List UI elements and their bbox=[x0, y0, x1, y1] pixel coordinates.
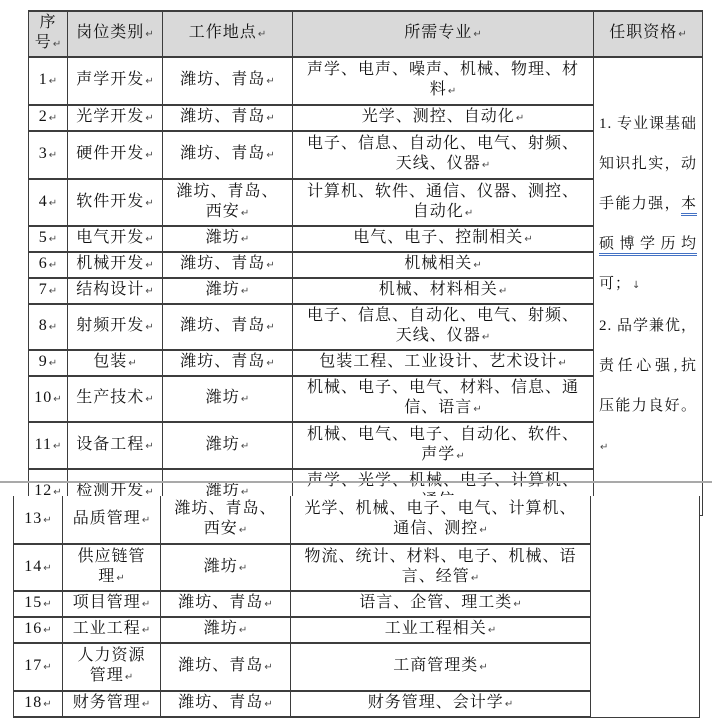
cell-text: 1 bbox=[39, 71, 48, 88]
cell-text: 光学、机械、电子、电气、计算机、通信、测控 bbox=[304, 500, 576, 537]
cell-text: 声学、电声、噪声、机械、物理、材料 bbox=[307, 61, 579, 98]
cell-text: 人力资源管理 bbox=[77, 647, 145, 684]
end-of-cell-mark: ↵ bbox=[239, 525, 247, 536]
end-of-cell-mark: ↵ bbox=[128, 358, 136, 369]
end-of-cell-mark: ↵ bbox=[558, 358, 566, 369]
document-page: 序号↵ 岗位类别↵ 工作地点↵ 所需专业↵ 任职资格↵ 1↵声学开发↵潍坊、青岛… bbox=[0, 0, 712, 719]
end-of-cell-mark: ↵ bbox=[49, 76, 57, 87]
header-serial-number: 序号↵ bbox=[29, 11, 68, 57]
cell-text: 结构设计 bbox=[76, 281, 144, 298]
cell-text: 潍坊 bbox=[206, 229, 240, 246]
end-of-cell-mark: ↵ bbox=[49, 286, 57, 297]
end-of-cell-mark: ↵ bbox=[239, 563, 247, 574]
end-of-cell-mark: ↵ bbox=[499, 286, 507, 297]
work-location-cell: 潍坊、青岛↵ bbox=[161, 691, 291, 717]
end-of-cell-mark: ↵ bbox=[145, 441, 153, 452]
row-number: 3↵ bbox=[29, 131, 68, 179]
position-category-cell: 设备工程↵ bbox=[68, 422, 163, 469]
end-of-cell-mark: ↵ bbox=[524, 234, 532, 245]
row-number: 15↵ bbox=[14, 591, 63, 617]
end-of-cell-mark: ↵ bbox=[471, 573, 479, 584]
cell-text: 7 bbox=[39, 281, 48, 298]
end-of-cell-mark: ↵ bbox=[241, 286, 249, 297]
cell-text: 财务管理 bbox=[73, 694, 141, 711]
required-majors-cell: 机械、材料相关↵ bbox=[293, 278, 594, 304]
position-category-cell: 电气开发↵ bbox=[68, 226, 163, 252]
end-of-cell-mark: ↵ bbox=[505, 699, 513, 710]
cell-text: 潍坊、青岛 bbox=[180, 255, 265, 272]
position-category-cell: 软件开发↵ bbox=[68, 179, 163, 226]
row-number: 9↵ bbox=[29, 350, 68, 376]
end-of-cell-mark: ↵ bbox=[142, 515, 150, 526]
end-of-cell-mark: ↵ bbox=[49, 260, 57, 271]
cell-text: 潍坊、青岛 bbox=[178, 694, 263, 711]
row-number: 1↵ bbox=[29, 57, 68, 105]
cell-text: 生产技术 bbox=[76, 389, 144, 406]
required-majors-cell: 光学、机械、电子、电气、计算机、通信、测控↵ bbox=[291, 496, 591, 544]
end-of-cell-mark: ↵ bbox=[125, 672, 133, 683]
work-location-cell: 潍坊、青岛↵ bbox=[163, 350, 293, 376]
cell-text: 17 bbox=[24, 657, 42, 674]
required-majors-cell: 物流、统计、材料、电子、机械、语言、经管↵ bbox=[291, 544, 591, 591]
row-number: 4↵ bbox=[29, 179, 68, 226]
cell-text: 11 bbox=[35, 436, 52, 453]
header-label: 岗位类别 bbox=[76, 24, 144, 41]
cell-text: 光学、测控、自动化 bbox=[362, 108, 515, 125]
end-of-cell-mark: ↵ bbox=[43, 699, 51, 710]
cell-text: 14 bbox=[24, 558, 42, 575]
end-of-cell-mark: ↵ bbox=[116, 573, 124, 584]
end-of-cell-mark: ↵ bbox=[49, 358, 57, 369]
end-of-cell-mark: ↵ bbox=[482, 332, 490, 343]
positions-table-page-1: 序号↵ 岗位类别↵ 工作地点↵ 所需专业↵ 任职资格↵ 1↵声学开发↵潍坊、青岛… bbox=[28, 10, 703, 516]
end-of-cell-mark: ↵ bbox=[473, 404, 481, 415]
cell-text: 潍坊 bbox=[206, 281, 240, 298]
cell-text: 8 bbox=[39, 317, 48, 334]
end-of-cell-mark: ↵ bbox=[43, 599, 51, 610]
row-number: 13↵ bbox=[14, 496, 63, 544]
cell-text: 声学开发 bbox=[76, 71, 144, 88]
end-of-cell-mark: ↵ bbox=[142, 699, 150, 710]
work-location-cell: 潍坊、青岛↵ bbox=[163, 252, 293, 278]
work-location-cell: 潍坊、青岛↵ bbox=[163, 105, 293, 131]
work-location-cell: 潍坊、青岛、西安↵ bbox=[163, 179, 293, 226]
cell-text: 潍坊、青岛 bbox=[180, 145, 265, 162]
end-of-cell-mark: ↵ bbox=[266, 113, 274, 124]
cell-text: 电气开发 bbox=[76, 229, 144, 246]
cell-text: 13 bbox=[24, 510, 42, 527]
header-qualifications: 任职资格↵ bbox=[594, 11, 703, 57]
qualification-item-1: 1. 专业课基础知识扎实，动手能力强，本硕博学历均可；↓ bbox=[599, 104, 697, 306]
cell-text: 工业工程相关 bbox=[385, 620, 487, 637]
required-majors-cell: 包装工程、工业设计、艺术设计↵ bbox=[293, 350, 594, 376]
end-of-cell-mark: ↵ bbox=[266, 76, 274, 87]
cell-text: 潍坊、青岛 bbox=[178, 594, 263, 611]
end-of-cell-mark: ↵ bbox=[266, 260, 274, 271]
end-of-cell-mark: ↵ bbox=[142, 599, 150, 610]
cell-text: 机械相关 bbox=[404, 255, 472, 272]
header-label: 工作地点 bbox=[189, 24, 257, 41]
header-label: 所需专业 bbox=[404, 24, 472, 41]
end-of-cell-mark: ↵ bbox=[145, 322, 153, 333]
required-majors-cell: 光学、测控、自动化↵ bbox=[293, 105, 594, 131]
end-of-cell-mark: ↵ bbox=[266, 150, 274, 161]
end-of-cell-mark: ↵ bbox=[266, 322, 274, 333]
positions-table-page-2: 13↵品质管理↵潍坊、青岛、西安↵光学、机械、电子、电气、计算机、通信、测控↵ … bbox=[13, 496, 700, 718]
end-of-cell-mark: ↵ bbox=[516, 113, 524, 124]
end-of-cell-mark: ↵ bbox=[43, 662, 51, 673]
cell-text: 4 bbox=[39, 193, 48, 210]
cell-text: 5 bbox=[39, 229, 48, 246]
cell-text: 潍坊、青岛 bbox=[180, 108, 265, 125]
position-category-cell: 项目管理↵ bbox=[63, 591, 161, 617]
position-category-cell: 人力资源管理↵ bbox=[63, 643, 161, 691]
required-majors-cell: 电子、信息、自动化、电气、射频、天线、仪器↵ bbox=[293, 131, 594, 179]
cell-text: 潍坊 bbox=[204, 620, 238, 637]
cell-text: 设备工程 bbox=[76, 436, 144, 453]
end-of-cell-mark: ↵ bbox=[49, 113, 57, 124]
cell-text: 软件开发 bbox=[76, 193, 144, 210]
row-number: 17↵ bbox=[14, 643, 63, 691]
required-majors-cell: 声学、电声、噪声、机械、物理、材料↵ bbox=[293, 57, 594, 105]
required-majors-cell: 机械、电气、电子、自动化、软件、声学↵ bbox=[293, 422, 594, 469]
cell-text: 电子、信息、自动化、电气、射频、天线、仪器 bbox=[307, 135, 579, 172]
work-location-cell: 潍坊↵ bbox=[163, 376, 293, 422]
cell-text: 9 bbox=[39, 353, 48, 370]
cell-text: 16 bbox=[24, 620, 42, 637]
cell-text: 包装工程、工业设计、艺术设计 bbox=[319, 353, 557, 370]
cell-text: 潍坊、青岛、西安 bbox=[174, 500, 276, 537]
position-category-cell: 品质管理↵ bbox=[63, 496, 161, 544]
cell-text: 电子、信息、自动化、电气、射频、天线、仪器 bbox=[307, 307, 579, 344]
end-of-cell-mark: ↵ bbox=[473, 29, 481, 40]
cell-text: 射频开发 bbox=[76, 317, 144, 334]
row-number: 14↵ bbox=[14, 544, 63, 591]
end-of-cell-mark: ↵ bbox=[145, 394, 153, 405]
row-number: 18↵ bbox=[14, 691, 63, 717]
end-of-cell-mark: ↵ bbox=[53, 39, 61, 50]
end-of-cell-mark: ↵ bbox=[264, 599, 272, 610]
end-of-cell-mark: ↵ bbox=[145, 286, 153, 297]
work-location-cell: 潍坊↵ bbox=[161, 544, 291, 591]
header-row: 序号↵ 岗位类别↵ 工作地点↵ 所需专业↵ 任职资格↵ bbox=[29, 11, 703, 57]
cell-text: 计算机、软件、通信、仪器、测控、自动化 bbox=[307, 183, 579, 220]
work-location-cell: 潍坊、青岛↵ bbox=[161, 643, 291, 691]
cell-text: 机械、材料相关 bbox=[379, 281, 498, 298]
qualification-text: 可； bbox=[599, 276, 631, 292]
row-number: 2↵ bbox=[29, 105, 68, 131]
cell-text: 2 bbox=[39, 108, 48, 125]
work-location-cell: 潍坊↵ bbox=[163, 422, 293, 469]
row-number: 16↵ bbox=[14, 617, 63, 643]
end-of-cell-mark: ↵ bbox=[145, 198, 153, 209]
end-of-cell-mark: ↵ bbox=[241, 208, 249, 219]
row-number: 6↵ bbox=[29, 252, 68, 278]
end-of-cell-mark: ↵ bbox=[241, 441, 249, 452]
work-location-cell: 潍坊、青岛↵ bbox=[163, 304, 293, 350]
required-majors-cell: 工商管理类↵ bbox=[291, 643, 591, 691]
qualification-cell: 1. 专业课基础知识扎实，动手能力强，本硕博学历均可；↓ 2. 品学兼优，责任心… bbox=[594, 57, 703, 515]
page-separator-line bbox=[0, 481, 712, 483]
end-of-cell-mark: ↵ bbox=[600, 442, 608, 453]
end-of-cell-mark: ↵ bbox=[264, 662, 272, 673]
header-work-location: 工作地点↵ bbox=[163, 11, 293, 57]
cell-text: 潍坊、青岛 bbox=[178, 657, 263, 674]
position-category-cell: 工业工程↵ bbox=[63, 617, 161, 643]
end-of-cell-mark: ↵ bbox=[142, 625, 150, 636]
position-category-cell: 硬件开发↵ bbox=[68, 131, 163, 179]
required-majors-cell: 电子、信息、自动化、电气、射频、天线、仪器↵ bbox=[293, 304, 594, 350]
row-number: 11↵ bbox=[29, 422, 68, 469]
end-of-cell-mark: ↵ bbox=[479, 525, 487, 536]
row-number: 7↵ bbox=[29, 278, 68, 304]
end-of-cell-mark: ↵ bbox=[488, 625, 496, 636]
end-of-cell-mark: ↵ bbox=[473, 260, 481, 271]
cell-text: 潍坊、青岛 bbox=[180, 71, 265, 88]
work-location-cell: 潍坊↵ bbox=[161, 617, 291, 643]
required-majors-cell: 语言、企管、理工类↵ bbox=[291, 591, 591, 617]
end-of-cell-mark: ↵ bbox=[678, 29, 686, 40]
line-break-mark: ↓ bbox=[632, 280, 640, 291]
end-of-cell-mark: ↵ bbox=[465, 208, 473, 219]
required-majors-cell: 机械相关↵ bbox=[293, 252, 594, 278]
end-of-cell-mark: ↵ bbox=[145, 260, 153, 271]
end-of-cell-mark: ↵ bbox=[145, 76, 153, 87]
work-location-cell: 潍坊、青岛↵ bbox=[163, 131, 293, 179]
position-category-cell: 包装↵ bbox=[68, 350, 163, 376]
header-label: 任职资格 bbox=[609, 24, 677, 41]
cell-text: 潍坊、青岛、西安 bbox=[176, 183, 278, 220]
work-location-cell: 潍坊、青岛↵ bbox=[163, 57, 293, 105]
end-of-cell-mark: ↵ bbox=[145, 234, 153, 245]
cell-text: 包装 bbox=[93, 353, 127, 370]
cell-text: 供应链管理 bbox=[77, 548, 145, 585]
required-majors-cell: 机械、电子、电气、材料、信息、通信、语言↵ bbox=[293, 376, 594, 422]
end-of-cell-mark: ↵ bbox=[53, 441, 61, 452]
qualification-text: 2. 品学兼优，责任心强,抗压能力良好。 bbox=[599, 318, 697, 414]
end-of-cell-mark: ↵ bbox=[264, 699, 272, 710]
cell-text: 潍坊 bbox=[206, 436, 240, 453]
position-category-cell: 结构设计↵ bbox=[68, 278, 163, 304]
cell-text: 机械开发 bbox=[76, 255, 144, 272]
cell-text: 电气、电子、控制相关 bbox=[353, 229, 523, 246]
position-category-cell: 供应链管理↵ bbox=[63, 544, 161, 591]
cell-text: 语言、企管、理工类 bbox=[359, 594, 512, 611]
qualification-cell-continued bbox=[591, 496, 700, 717]
table-row: 1↵声学开发↵潍坊、青岛↵声学、电声、噪声、机械、物理、材料↵ 1. 专业课基础… bbox=[29, 57, 703, 105]
cell-text: 潍坊 bbox=[206, 389, 240, 406]
cell-text: 潍坊 bbox=[204, 558, 238, 575]
cell-text: 3 bbox=[39, 145, 48, 162]
end-of-cell-mark: ↵ bbox=[145, 150, 153, 161]
end-of-cell-mark: ↵ bbox=[53, 394, 61, 405]
cell-text: 财务管理、会计学 bbox=[368, 694, 504, 711]
work-location-cell: 潍坊、青岛↵ bbox=[161, 591, 291, 617]
header-position-category: 岗位类别↵ bbox=[68, 11, 163, 57]
qualification-item-2: 2. 品学兼优，责任心强,抗压能力良好。↵ bbox=[599, 306, 697, 468]
end-of-cell-mark: ↵ bbox=[448, 86, 456, 97]
end-of-cell-mark: ↵ bbox=[482, 160, 490, 171]
cell-text: 机械、电子、电气、材料、信息、通信、语言 bbox=[307, 379, 579, 416]
cell-text: 项目管理 bbox=[73, 594, 141, 611]
work-location-cell: 潍坊↵ bbox=[163, 278, 293, 304]
end-of-cell-mark: ↵ bbox=[241, 234, 249, 245]
row-number: 5↵ bbox=[29, 226, 68, 252]
cell-text: 机械、电气、电子、自动化、软件、声学 bbox=[307, 426, 579, 463]
cell-text: 工商管理类 bbox=[393, 657, 478, 674]
cell-text: 6 bbox=[39, 255, 48, 272]
cell-text: 15 bbox=[24, 594, 42, 611]
end-of-cell-mark: ↵ bbox=[49, 234, 57, 245]
required-majors-cell: 计算机、软件、通信、仪器、测控、自动化↵ bbox=[293, 179, 594, 226]
cell-text: 品质管理 bbox=[73, 510, 141, 527]
header-required-majors: 所需专业↵ bbox=[293, 11, 594, 57]
cell-text: 潍坊、青岛 bbox=[180, 317, 265, 334]
position-category-cell: 机械开发↵ bbox=[68, 252, 163, 278]
row-number: 10↵ bbox=[29, 376, 68, 422]
row-number: 8↵ bbox=[29, 304, 68, 350]
end-of-cell-mark: ↵ bbox=[266, 358, 274, 369]
end-of-cell-mark: ↵ bbox=[258, 29, 266, 40]
required-majors-cell: 工业工程相关↵ bbox=[291, 617, 591, 643]
work-location-cell: 潍坊、青岛、西安↵ bbox=[161, 496, 291, 544]
position-category-cell: 射频开发↵ bbox=[68, 304, 163, 350]
end-of-cell-mark: ↵ bbox=[43, 515, 51, 526]
cell-text: 工业工程 bbox=[73, 620, 141, 637]
required-majors-cell: 财务管理、会计学↵ bbox=[291, 691, 591, 717]
position-category-cell: 光学开发↵ bbox=[68, 105, 163, 131]
cell-text: 物流、统计、材料、电子、机械、语言、经管 bbox=[304, 548, 576, 585]
table-row: 13↵品质管理↵潍坊、青岛、西安↵光学、机械、电子、电气、计算机、通信、测控↵ bbox=[14, 496, 700, 544]
end-of-cell-mark: ↵ bbox=[239, 625, 247, 636]
end-of-cell-mark: ↵ bbox=[241, 394, 249, 405]
cell-text: 硬件开发 bbox=[76, 145, 144, 162]
end-of-cell-mark: ↵ bbox=[145, 29, 153, 40]
end-of-cell-mark: ↵ bbox=[49, 198, 57, 209]
cell-text: 10 bbox=[34, 389, 52, 406]
end-of-cell-mark: ↵ bbox=[479, 662, 487, 673]
work-location-cell: 潍坊↵ bbox=[163, 226, 293, 252]
end-of-cell-mark: ↵ bbox=[513, 599, 521, 610]
cell-text: 潍坊、青岛 bbox=[180, 353, 265, 370]
required-majors-cell: 电气、电子、控制相关↵ bbox=[293, 226, 594, 252]
end-of-cell-mark: ↵ bbox=[43, 625, 51, 636]
end-of-cell-mark: ↵ bbox=[49, 322, 57, 333]
cell-text: 光学开发 bbox=[76, 108, 144, 125]
position-category-cell: 声学开发↵ bbox=[68, 57, 163, 105]
end-of-cell-mark: ↵ bbox=[49, 150, 57, 161]
end-of-cell-mark: ↵ bbox=[456, 451, 464, 462]
position-category-cell: 财务管理↵ bbox=[63, 691, 161, 717]
position-category-cell: 生产技术↵ bbox=[68, 376, 163, 422]
end-of-cell-mark: ↵ bbox=[145, 113, 153, 124]
end-of-cell-mark: ↵ bbox=[43, 563, 51, 574]
cell-text: 18 bbox=[24, 694, 42, 711]
